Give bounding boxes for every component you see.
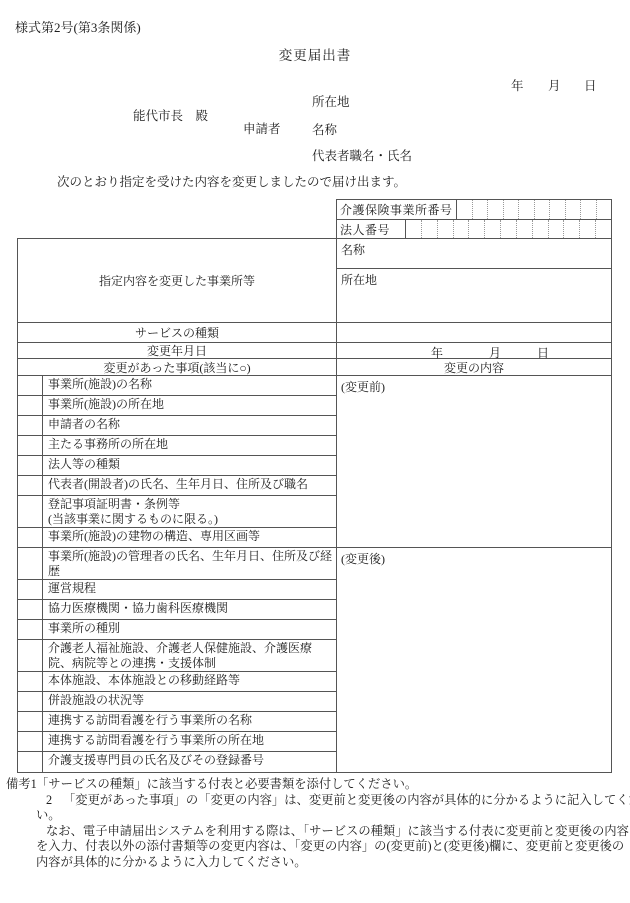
day-label: 日 — [584, 76, 597, 94]
change-date-row: 変更年月日 年 月 日 — [18, 342, 611, 358]
item-circle-cell[interactable] — [18, 376, 43, 395]
corporate-number-digit-cell[interactable] — [563, 220, 579, 238]
change-item-row: 協力医療機関・協力歯科医療機関 — [18, 600, 336, 620]
change-item-row: 本体施設、本体施設との移動経路等 — [18, 672, 336, 692]
item-label: 本体施設、本体施設との移動経路等 — [43, 672, 336, 691]
change-item-row: 運営規程 — [18, 580, 336, 600]
corporate-number-digit-cell[interactable] — [437, 220, 453, 238]
service-type-label: サービスの種類 — [18, 323, 337, 342]
change-before-cell[interactable]: (変更前) — [337, 376, 611, 548]
office-number-digit-cell[interactable] — [518, 200, 534, 219]
change-item-row: 代表者(開設者)の氏名、生年月日、住所及び職名 — [18, 476, 336, 496]
changed-office-label: 指定内容を変更した事業所等 — [18, 239, 337, 322]
applicant-name-label: 名称 — [312, 120, 337, 138]
change-table: 指定内容を変更した事業所等 名称 所在地 サービスの種類 変更年月日 年 月 日 — [17, 238, 612, 773]
office-number-label: 介護保険事業所番号 — [337, 200, 457, 219]
item-label: 併設施設の状況等 — [43, 692, 336, 711]
remark-line: 2「変更があった事項」の「変更の内容」は、変更前と変更後の内容が具体的に分かるよ… — [0, 793, 626, 809]
item-circle-cell[interactable] — [18, 476, 43, 495]
item-label: 申請者の名称 — [43, 416, 336, 435]
date-field[interactable]: 年 月 日 — [0, 76, 630, 92]
change-item-row: 事業所(施設)の建物の構造、専用区画等 — [18, 528, 336, 548]
change-item-row: 法人等の種類 — [18, 456, 336, 476]
remark-line: い。 — [0, 808, 626, 824]
corporate-number-digit-cell[interactable] — [532, 220, 548, 238]
change-date-cell[interactable]: 年 月 日 — [337, 343, 611, 358]
item-label: 介護支援専門員の氏名及びその登録番号 — [43, 752, 336, 772]
item-label: 連携する訪問看護を行う事業所の所在地 — [43, 732, 336, 751]
content-header: 変更の内容 — [337, 359, 611, 375]
office-number-digit-cell[interactable] — [534, 200, 550, 219]
service-type-row: サービスの種類 — [18, 322, 611, 342]
item-circle-cell[interactable] — [18, 712, 43, 731]
office-name-label: 名称 — [341, 243, 365, 257]
office-number-digit-cell[interactable] — [472, 200, 488, 219]
remark-marker-2: 2 — [46, 793, 63, 809]
item-circle-cell[interactable] — [18, 396, 43, 415]
item-label: 法人等の種類 — [43, 456, 336, 475]
item-circle-cell[interactable] — [18, 672, 43, 691]
corporate-number-digit-cell[interactable] — [595, 220, 611, 238]
office-number-digit-cell[interactable] — [503, 200, 519, 219]
item-circle-cell[interactable] — [18, 732, 43, 751]
after-label: (変更後) — [341, 552, 385, 566]
change-item-row: 主たる事務所の所在地 — [18, 436, 336, 456]
office-info-cells: 名称 所在地 — [337, 239, 611, 322]
table-month-label: 月 — [489, 344, 501, 361]
corporate-number-digit-cell[interactable] — [500, 220, 516, 238]
table-day-label: 日 — [537, 344, 549, 361]
office-number-row: 介護保険事業所番号 — [337, 200, 611, 219]
item-label: 登記事項証明書・条例等 (当該事業に関するものに限る。) — [43, 496, 336, 527]
applicant-address-label: 所在地 — [312, 92, 350, 110]
remark-marker-1: 備考1 — [6, 777, 36, 793]
item-label: 主たる事務所の所在地 — [43, 436, 336, 455]
change-item-row: 介護支援専門員の氏名及びその登録番号 — [18, 752, 336, 772]
office-number-digit-cell[interactable] — [580, 200, 596, 219]
change-item-row: 事業所(施設)の所在地 — [18, 396, 336, 416]
office-number-digit-cell[interactable] — [549, 200, 565, 219]
remark-text-2: 「変更があった事項」の「変更の内容」は、変更前と変更後の内容が具体的に分かるよう… — [63, 793, 630, 807]
item-circle-cell[interactable] — [18, 620, 43, 639]
item-label: 介護老人福祉施設、介護老人保健施設、介護医療院、病院等との連携・支援体制 — [43, 640, 336, 671]
representative-label: 代表者職名・氏名 — [312, 146, 412, 164]
corporate-number-digit-cell[interactable] — [468, 220, 484, 238]
item-label: 代表者(開設者)の氏名、生年月日、住所及び職名 — [43, 476, 336, 495]
item-label: 事業所(施設)の名称 — [43, 376, 336, 395]
change-item-row: 介護老人福祉施設、介護老人保健施設、介護医療院、病院等との連携・支援体制 — [18, 640, 336, 672]
item-label: 運営規程 — [43, 580, 336, 599]
office-number-digit-cell[interactable] — [457, 200, 472, 219]
table-year-label: 年 — [431, 344, 443, 361]
item-circle-cell[interactable] — [18, 752, 43, 772]
year-label: 年 — [511, 76, 524, 94]
item-circle-cell[interactable] — [18, 548, 43, 579]
items-block: 事業所(施設)の名称事業所(施設)の所在地申請者の名称主たる事務所の所在地法人等… — [18, 375, 611, 772]
month-label: 月 — [548, 76, 561, 94]
items-list: 事業所(施設)の名称事業所(施設)の所在地申請者の名称主たる事務所の所在地法人等… — [18, 376, 337, 772]
remark-line: 備考1「サービスの種類」に該当する付表と必要書類を添付してください。 — [0, 777, 626, 793]
items-header: 変更があった事項(該当に○) — [18, 359, 337, 375]
change-item-row: 事業所の種別 — [18, 620, 336, 640]
item-label: 事業所(施設)の所在地 — [43, 396, 336, 415]
corporate-number-digit-cell[interactable] — [453, 220, 469, 238]
remark-line: を入力、付表以外の添付書類等の変更内容は、「変更の内容」の(変更前)と(変更後)… — [0, 839, 626, 855]
item-circle-cell[interactable] — [18, 456, 43, 475]
corporate-number-digits — [406, 220, 611, 238]
corporate-number-digit-cell[interactable] — [484, 220, 500, 238]
change-content-column: (変更前) (変更後) — [337, 376, 611, 772]
declaration-text: 次のとおり指定を受けた内容を変更しましたので届け出ます。 — [57, 172, 406, 190]
change-item-row: 登記事項証明書・条例等 (当該事業に関するものに限る。) — [18, 496, 336, 528]
change-item-row: 事業所(施設)の管理者の氏名、生年月日、住所及び経歴 — [18, 548, 336, 580]
change-date-label: 変更年月日 — [18, 343, 337, 358]
office-info-group: 指定内容を変更した事業所等 名称 所在地 — [18, 239, 611, 322]
corporate-number-row: 法人番号 — [337, 219, 611, 238]
number-subtable: 介護保険事業所番号 法人番号 — [336, 199, 612, 238]
change-item-row: 連携する訪問看護を行う事業所の名称 — [18, 712, 336, 732]
office-name-cell[interactable]: 名称 — [337, 239, 611, 269]
item-circle-cell[interactable] — [18, 496, 43, 527]
office-number-digits — [457, 200, 611, 219]
remark-line: 内容が具体的に分かるように入力してください。 — [0, 855, 626, 871]
item-label: 事業所(施設)の管理者の氏名、生年月日、住所及び経歴 — [43, 548, 336, 579]
office-number-digit-cell[interactable] — [596, 200, 612, 219]
item-circle-cell[interactable] — [18, 436, 43, 455]
item-circle-cell[interactable] — [18, 640, 43, 671]
item-label: 協力医療機関・協力歯科医療機関 — [43, 600, 336, 619]
change-item-row: 事業所(施設)の名称 — [18, 376, 336, 396]
change-item-row: 連携する訪問看護を行う事業所の所在地 — [18, 732, 336, 752]
office-number-digit-cell[interactable] — [565, 200, 581, 219]
corporate-number-digit-cell[interactable] — [406, 220, 421, 238]
corporate-number-digit-cell[interactable] — [548, 220, 564, 238]
service-type-value-cell[interactable] — [337, 323, 611, 342]
remarks-block: 備考1「サービスの種類」に該当する付表と必要書類を添付してください。 2「変更が… — [0, 777, 626, 870]
item-circle-cell[interactable] — [18, 580, 43, 599]
corporate-number-digit-cell[interactable] — [516, 220, 532, 238]
office-address-cell[interactable]: 所在地 — [337, 269, 611, 322]
item-circle-cell[interactable] — [18, 692, 43, 711]
corporate-number-digit-cell[interactable] — [579, 220, 595, 238]
office-address-label: 所在地 — [341, 273, 377, 287]
change-after-cell[interactable]: (変更後) — [337, 548, 611, 772]
office-number-digit-cell[interactable] — [487, 200, 503, 219]
item-circle-cell[interactable] — [18, 416, 43, 435]
item-label: 連携する訪問看護を行う事業所の名称 — [43, 712, 336, 731]
item-circle-cell[interactable] — [18, 600, 43, 619]
change-item-row: 併設施設の状況等 — [18, 692, 336, 712]
remark-line: なお、電子申請届出システムを利用する際は、「サービスの種類」に該当する付表に変更… — [0, 824, 626, 840]
page-title: 変更届出書 — [0, 44, 630, 64]
form-code: 様式第2号(第3条関係) — [15, 17, 141, 36]
corporate-number-digit-cell[interactable] — [421, 220, 437, 238]
item-label: 事業所の種別 — [43, 620, 336, 639]
item-circle-cell[interactable] — [18, 528, 43, 547]
columns-header-row: 変更があった事項(該当に○) 変更の内容 — [18, 358, 611, 375]
applicant-label: 申請者 — [243, 119, 281, 137]
change-item-row: 申請者の名称 — [18, 416, 336, 436]
addressee: 能代市長 殿 — [133, 106, 208, 124]
item-label: 事業所(施設)の建物の構造、専用区画等 — [43, 528, 336, 547]
remark-text-1: 「サービスの種類」に該当する付表と必要書類を添付してください。 — [36, 777, 417, 791]
corporate-number-label: 法人番号 — [337, 220, 406, 238]
before-label: (変更前) — [341, 380, 385, 394]
form-page: 様式第2号(第3条関係) 変更届出書 年 月 日 所在地 能代市長 殿 申請者 … — [0, 0, 630, 903]
